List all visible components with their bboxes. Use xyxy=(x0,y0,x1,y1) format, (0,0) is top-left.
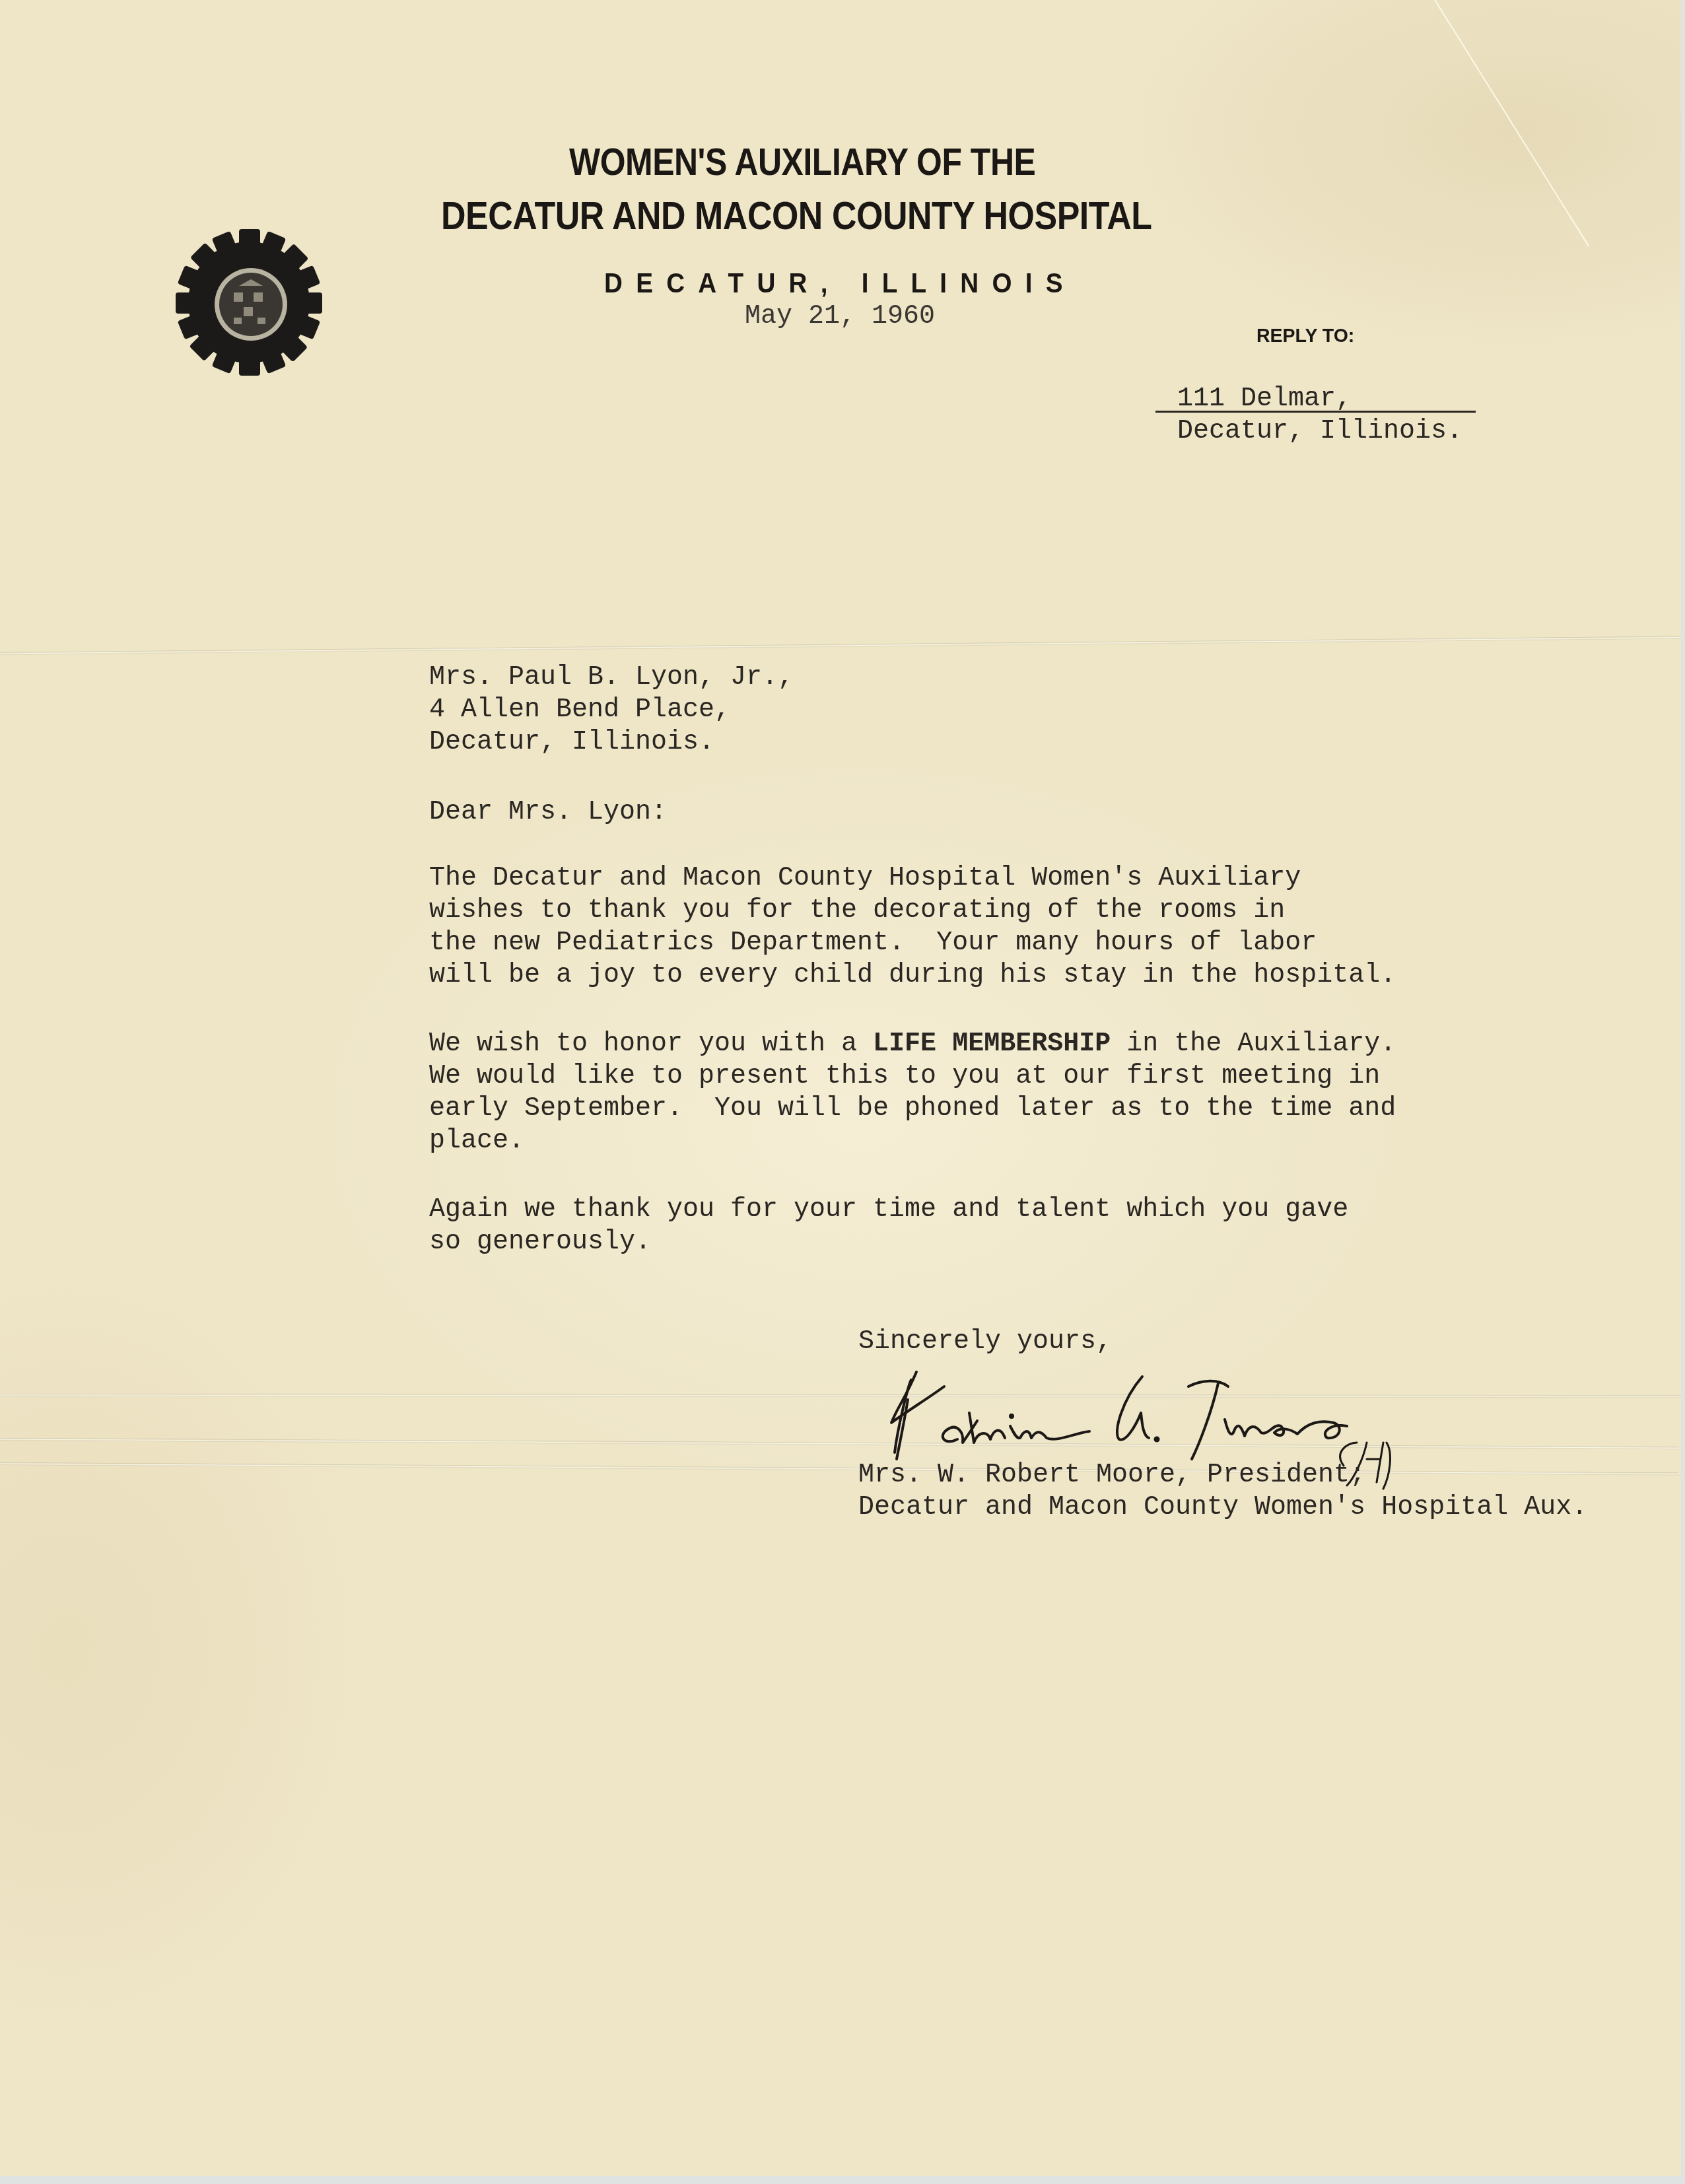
signer-block: Mrs. W. Robert Moore, President; Decatur… xyxy=(858,1459,1587,1524)
fold-crease-upper xyxy=(0,636,1681,655)
signer-name-title: Mrs. W. Robert Moore, President; xyxy=(858,1460,1365,1490)
diagonal-crease xyxy=(1434,0,1589,246)
recipient-street: 4 Allen Bend Place, xyxy=(429,695,730,725)
letterhead-org-line-2: DECATUR AND MACON COUNTY HOSPITAL xyxy=(441,193,1152,238)
paragraph-line: will be a joy to every child during his … xyxy=(429,961,1396,990)
paragraph-line: Again we thank you for your time and tal… xyxy=(429,1195,1348,1225)
reply-to-label: REPLY TO: xyxy=(1256,325,1354,347)
recipient-city: Decatur, Illinois. xyxy=(429,728,714,757)
salutation: Dear Mrs. Lyon: xyxy=(429,796,667,829)
paragraph-line-end: in the Auxiliary. xyxy=(1111,1029,1396,1059)
paragraph-line: early September. You will be phoned late… xyxy=(429,1094,1396,1124)
letterhead-org-line-1: WOMEN'S AUXILIARY OF THE xyxy=(569,140,1035,184)
life-membership-emphasis: LIFE MEMBERSHIP xyxy=(873,1029,1111,1059)
paragraph-line: We would like to present this to you at … xyxy=(429,1062,1380,1091)
paragraph-line: the new Pediatrics Department. Your many… xyxy=(429,928,1317,958)
closing: Sincerely yours, xyxy=(858,1326,1112,1358)
paragraph-line: wishes to thank you for the decorating o… xyxy=(429,896,1285,926)
paragraph-line: place. xyxy=(429,1126,524,1156)
reply-to-line-2: Decatur, Illinois. xyxy=(1177,417,1462,446)
recipient-address: Mrs. Paul B. Lyon, Jr., 4 Allen Bend Pla… xyxy=(429,662,794,759)
recipient-name: Mrs. Paul B. Lyon, Jr., xyxy=(429,663,794,693)
reply-to-line-1: 111 Delmar, xyxy=(1177,384,1352,414)
body-paragraph-2: We wish to honor you with a LIFE MEMBERS… xyxy=(429,1028,1396,1157)
reply-to-address: 111 Delmar, Decatur, Illinois. xyxy=(1177,383,1462,448)
letter-page: WOMEN'S AUXILIARY OF THE DECATUR AND MAC… xyxy=(0,0,1681,2176)
body-paragraph-1: The Decatur and Macon County Hospital Wo… xyxy=(429,862,1396,992)
paragraph-line: The Decatur and Macon County Hospital Wo… xyxy=(429,864,1301,893)
hospital-seal-icon xyxy=(173,226,325,378)
paragraph-line: so generously. xyxy=(429,1227,651,1257)
letter-date: May 21, 1960 xyxy=(745,300,935,333)
signer-organization: Decatur and Macon County Women's Hospita… xyxy=(858,1493,1587,1522)
letterhead-city: DECATUR, ILLINOIS xyxy=(604,267,1076,299)
strikethrough-line xyxy=(1155,411,1476,413)
paragraph-line-start: We wish to honor you with a xyxy=(429,1029,873,1059)
body-paragraph-3: Again we thank you for your time and tal… xyxy=(429,1194,1348,1258)
